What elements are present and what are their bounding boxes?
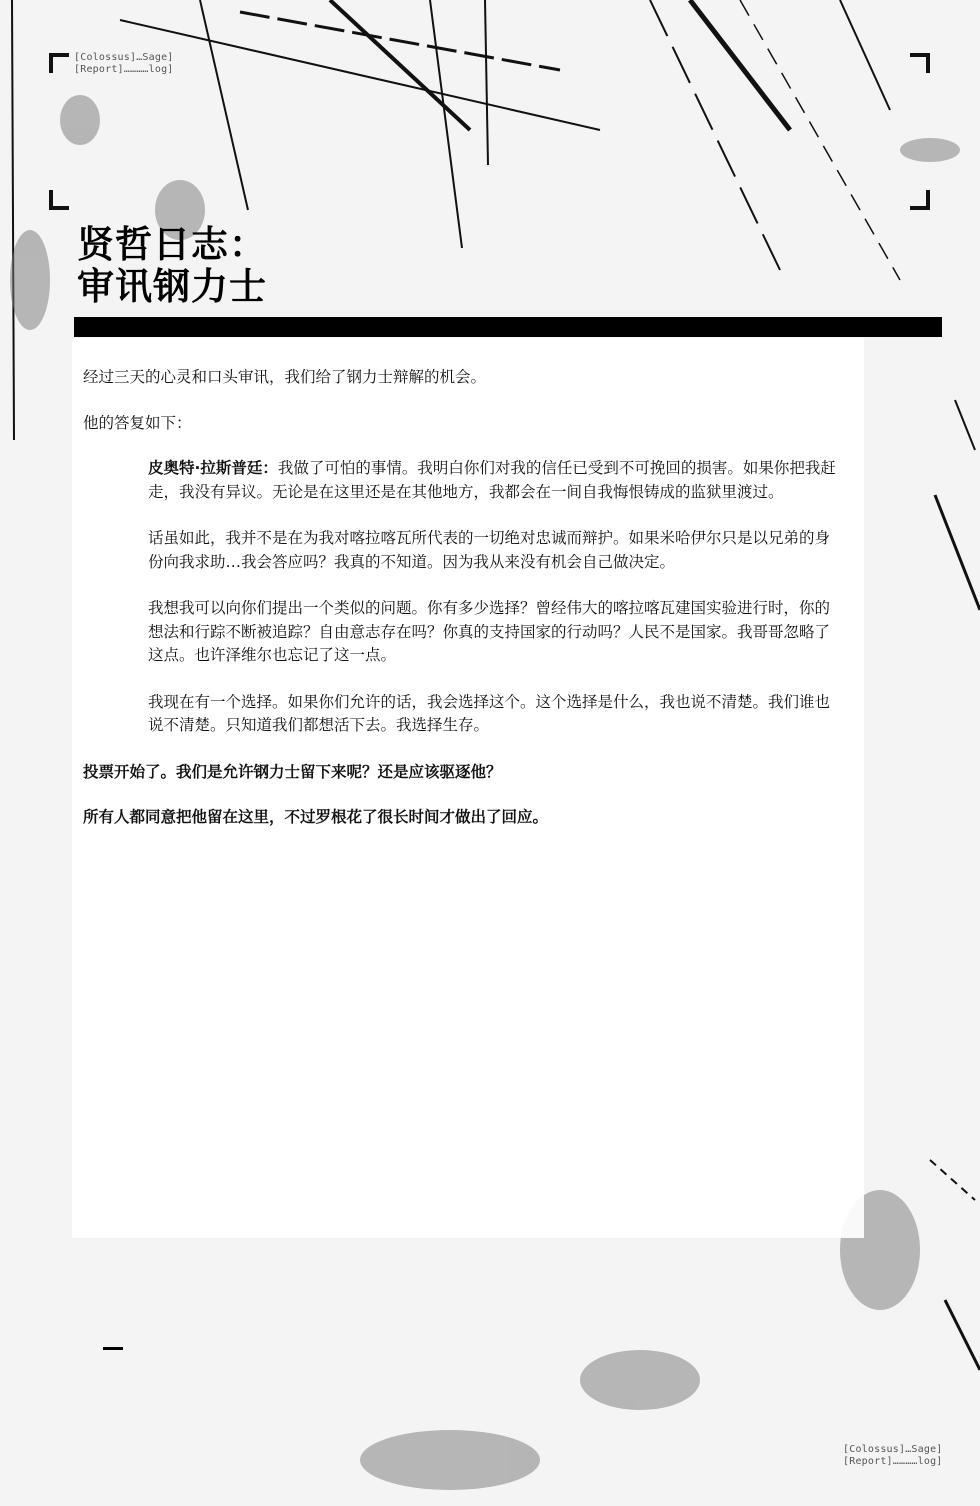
result-paragraph: 所有人都同意把他留在这里，不过罗根花了很长时间才做出了回应。	[83, 806, 843, 830]
lead-in-paragraph: 他的答复如下：	[83, 412, 843, 436]
quote-paragraph-2: 话虽如此，我并不是在为我对喀拉喀瓦所代表的一切绝对忠诚而辩护。如果米哈伊尔只是以…	[148, 527, 843, 574]
header-tag-line2: [Report]…………log]	[74, 64, 174, 76]
quote-paragraph-1: 皮奥特·拉斯普廷：我做了可怕的事情。我明白你们对我的信任已受到不可挽回的损害。如…	[148, 457, 843, 504]
document-body: 经过三天的心灵和口头审讯，我们给了钢力士辩解的机会。 他的答复如下： 皮奥特·拉…	[83, 366, 843, 852]
page-dash-mark	[103, 1347, 123, 1350]
title-divider-bar	[74, 317, 942, 337]
intro-paragraph: 经过三天的心灵和口头审讯，我们给了钢力士辩解的机会。	[83, 366, 843, 390]
vote-paragraph: 投票开始了。我们是允许钢力士留下来呢？还是应该驱逐他？	[83, 761, 843, 785]
header-tag: [Colossus]…Sage] [Report]…………log]	[74, 52, 174, 76]
title-line1: 贤哲日志：	[77, 224, 267, 266]
footer-tag-line1: [Colossus]…Sage]	[843, 1444, 943, 1456]
footer-tag: [Colossus]…Sage] [Report]…………log]	[843, 1444, 943, 1468]
testimony-quote: 皮奥特·拉斯普廷：我做了可怕的事情。我明白你们对我的信任已受到不可挽回的损害。如…	[148, 457, 843, 738]
quote-paragraph-3: 我想我可以向你们提出一个类似的问题。你有多少选择？曾经伟大的喀拉喀瓦建国实验进行…	[148, 597, 843, 668]
header-tag-line1: [Colossus]…Sage]	[74, 52, 174, 64]
frame-corner-bottom-right	[910, 190, 930, 210]
page-title: 贤哲日志： 审讯钢力士	[77, 224, 267, 308]
frame-corner-top-right	[910, 53, 930, 73]
frame-corner-top-left	[49, 53, 69, 73]
frame-corner-bottom-left	[49, 190, 69, 210]
quote-paragraph-4: 我现在有一个选择。如果你们允许的话，我会选择这个。这个选择是什么，我也说不清楚。…	[148, 691, 843, 738]
speaker-name: 皮奥特·拉斯普廷：	[148, 459, 278, 477]
footer-tag-line2: [Report]…………log]	[843, 1456, 943, 1468]
title-line2: 审讯钢力士	[77, 266, 267, 308]
